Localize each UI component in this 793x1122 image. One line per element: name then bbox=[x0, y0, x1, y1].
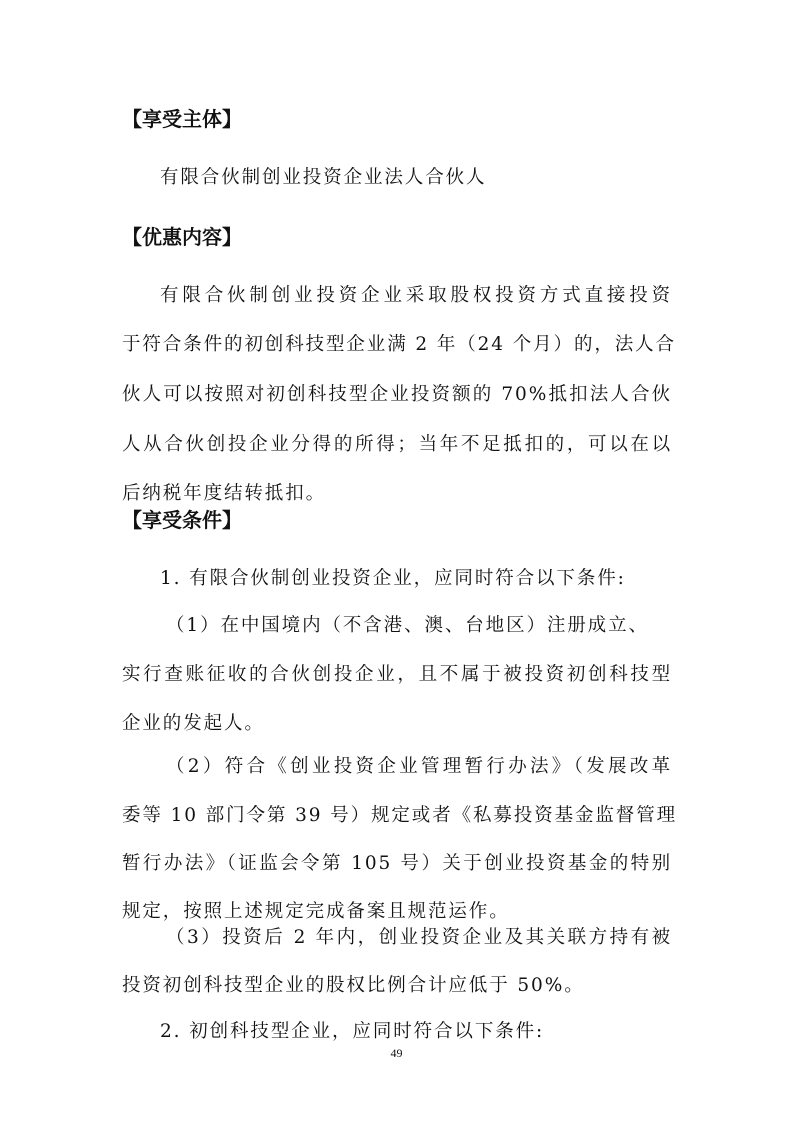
paragraph-line: 投资初创科技型企业的股权比例合计应低于 50%。 bbox=[122, 974, 672, 998]
section-heading-subject: 【享受主体】 bbox=[122, 107, 242, 131]
paragraph-line: 1. 有限合伙制创业投资企业，应同时符合以下条件: bbox=[160, 567, 672, 591]
paragraph-line: 伙人可以按照对初创科技型企业投资额的 70%抵扣法人合伙 bbox=[122, 383, 672, 407]
paragraph-line: 规定，按照上述规定完成备案且规范运作。 bbox=[122, 900, 672, 924]
paragraph-line: 2. 初创科技型企业，应同时符合以下条件: bbox=[160, 1020, 672, 1044]
paragraph-line: 企业的发起人。 bbox=[122, 712, 672, 736]
section-heading-benefit: 【优惠内容】 bbox=[122, 225, 242, 249]
paragraph-line: 人从合伙创投企业分得的所得；当年不足抵扣的，可以在以 bbox=[122, 433, 672, 457]
paragraph-line: 后纳税年度结转抵扣。 bbox=[122, 482, 672, 506]
section-heading-conditions: 【享受条件】 bbox=[122, 508, 242, 532]
paragraph-line: （3）投资后 2 年内，创业投资企业及其关联方持有被 bbox=[166, 926, 672, 950]
document-page: 【享受主体】 有限合伙制创业投资企业法人合伙人 【优惠内容】 有限合伙制创业投资… bbox=[0, 0, 793, 1122]
page-number: 49 bbox=[0, 1046, 793, 1060]
paragraph-line: 暂行办法》（证监会令第 105 号）关于创业投资基金的特别 bbox=[122, 852, 672, 876]
paragraph-line: （1）在中国境内（不含港、澳、台地区）注册成立、 bbox=[166, 614, 672, 638]
paragraph-line: （2）符合《创业投资企业管理暂行办法》（发展改革 bbox=[166, 755, 672, 779]
paragraph-line: 于符合条件的初创科技型企业满 2 年（24 个月）的，法人合 bbox=[122, 333, 672, 357]
paragraph-line: 有限合伙制创业投资企业采取股权投资方式直接投资 bbox=[160, 284, 672, 308]
paragraph-line: 委等 10 部门令第 39 号）规定或者《私募投资基金监督管理 bbox=[122, 804, 672, 828]
paragraph-line: 有限合伙制创业投资企业法人合伙人 bbox=[160, 166, 672, 190]
paragraph-line: 实行查账征收的合伙创投企业，且不属于被投资初创科技型 bbox=[122, 663, 672, 687]
